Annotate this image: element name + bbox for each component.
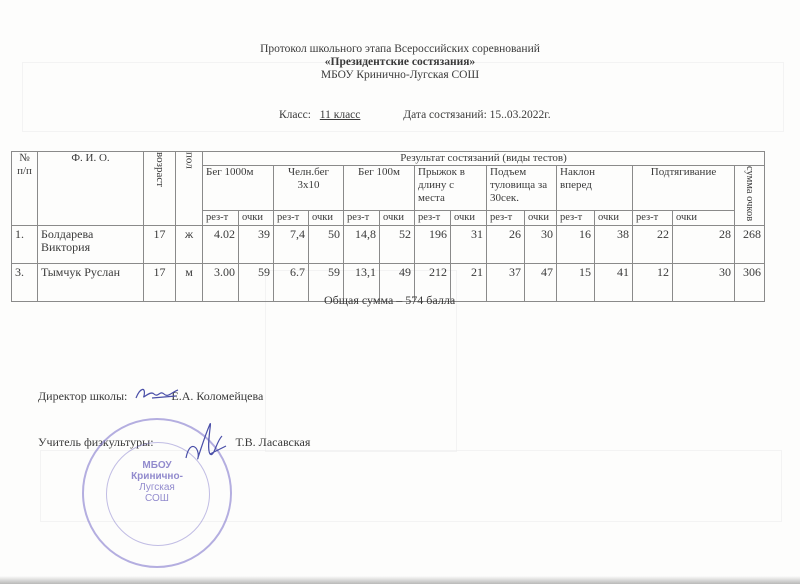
result-cell: 37 [487, 264, 525, 302]
points-cell: 50 [309, 226, 344, 264]
result-cell: 4.02 [203, 226, 239, 264]
header-sex-text: пол [183, 152, 196, 169]
scan-edge-shadow [0, 576, 800, 584]
director-name: Е.А. Коломейцева [171, 389, 263, 403]
header-test-7: Подтягивание [633, 166, 735, 211]
subheader-points: очки [451, 210, 487, 226]
subheader-result: рез-т [415, 210, 451, 226]
header-test-1: Бег 1000м [203, 166, 274, 211]
result-cell: 26 [487, 226, 525, 264]
header-test-3: Бег 100м [344, 166, 415, 211]
points-cell: 39 [239, 226, 274, 264]
table-row: 1.Болдарева Виктория17ж4.02397,45014,852… [12, 226, 765, 264]
header-num: № п/п [12, 152, 38, 226]
result-cell: 196 [415, 226, 451, 264]
athlete-sex: м [176, 264, 203, 302]
total-score: Общая сумма – 574 балла [324, 293, 455, 308]
points-cell: 52 [380, 226, 415, 264]
subheader-points: очки [380, 210, 415, 226]
stamp-line-4: СОШ [84, 493, 230, 504]
header-results-group: Результат состязаний (виды тестов) [203, 152, 765, 166]
athlete-age: 17 [144, 264, 176, 302]
sum-cell: 306 [735, 264, 765, 302]
points-cell: 47 [525, 264, 557, 302]
subheader-points: очки [309, 210, 344, 226]
points-cell: 28 [673, 226, 735, 264]
athlete-sex: ж [176, 226, 203, 264]
row-number: 3. [12, 264, 38, 302]
header-test-5: Подъем туловища за 30сек. [487, 166, 557, 211]
header-age-text: возраст [153, 152, 166, 187]
class-label: Класс: [279, 109, 311, 121]
document-title: Протокол школьного этапа Всероссийских с… [0, 43, 800, 82]
header-age: возраст [144, 152, 176, 226]
points-cell: 41 [595, 264, 633, 302]
points-cell: 31 [451, 226, 487, 264]
result-cell: 3.00 [203, 264, 239, 302]
subheader-points: очки [239, 210, 274, 226]
result-cell: 14,8 [344, 226, 380, 264]
stamp-line-3: Лугская [84, 482, 230, 493]
subheader-result: рез-т [487, 210, 525, 226]
subheader-result: рез-т [203, 210, 239, 226]
title-line-1: Протокол школьного этапа Всероссийских с… [0, 43, 800, 56]
title-line-3: МБОУ Кринично-Лугская СОШ [0, 69, 800, 82]
points-cell: 38 [595, 226, 633, 264]
subheader-result: рез-т [274, 210, 309, 226]
athlete-name: Тымчук Руслан [38, 264, 144, 302]
sum-cell: 268 [735, 226, 765, 264]
results-table: № п/п Ф. И. О. возраст пол Результат сос… [11, 151, 765, 302]
class-value: 11 класс [320, 109, 361, 121]
header-test-4: Прыжок в длину с места [415, 166, 487, 211]
subheader-result: рез-т [557, 210, 595, 226]
result-cell: 12 [633, 264, 673, 302]
row-number: 1. [12, 226, 38, 264]
header-name: Ф. И. О. [38, 152, 144, 226]
result-cell: 7,4 [274, 226, 309, 264]
header-sum-text: сумма очков [743, 166, 756, 221]
subheader-result: рез-т [633, 210, 673, 226]
director-signature-icon [132, 384, 182, 404]
date-label: Дата состязаний: 15..03.2022г. [403, 109, 550, 121]
document-page: Протокол школьного этапа Всероссийских с… [0, 0, 800, 584]
result-cell: 6.7 [274, 264, 309, 302]
subheader-points: очки [595, 210, 633, 226]
header-sum: сумма очков [735, 166, 765, 226]
director-label: Директор школы: [38, 389, 127, 403]
athlete-name: Болдарева Виктория [38, 226, 144, 264]
header-test-6: Наклон вперед [557, 166, 633, 211]
header-test-2: Челн.бег 3х10 [274, 166, 344, 211]
points-cell: 30 [673, 264, 735, 302]
result-cell: 16 [557, 226, 595, 264]
points-cell: 30 [525, 226, 557, 264]
points-cell: 21 [451, 264, 487, 302]
athlete-age: 17 [144, 226, 176, 264]
stamp-line-2: Кринично- [84, 471, 230, 482]
teacher-signature-icon [180, 418, 230, 468]
points-cell: 59 [239, 264, 274, 302]
subheader-points: очки [673, 210, 735, 226]
title-line-2: «Президентские состязания» [0, 56, 800, 69]
subheader-points: очки [525, 210, 557, 226]
header-sex: пол [176, 152, 203, 226]
teacher-name: Т.В. Ласавская [236, 435, 311, 449]
result-cell: 15 [557, 264, 595, 302]
subheader-result: рез-т [344, 210, 380, 226]
result-cell: 22 [633, 226, 673, 264]
meta-line: Класс: 11 класс Дата состязаний: 15..03.… [279, 109, 551, 121]
